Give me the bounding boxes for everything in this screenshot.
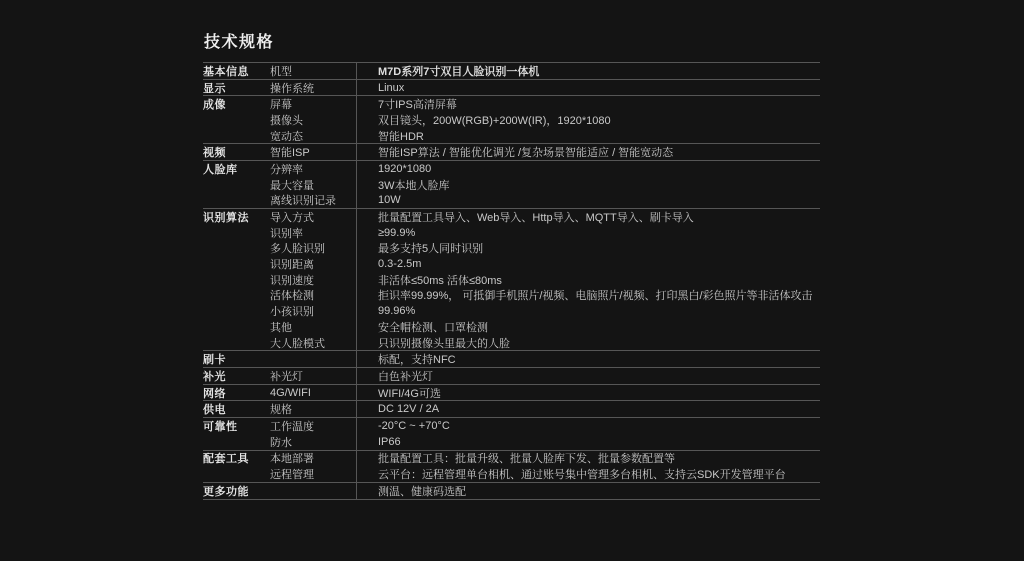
spec-section: 成像屏幕7寸IPS高清屏幕摄像头双目镜头，200W(RGB)+200W(IR)，… [203,95,820,143]
spec-section: 配套工具本地部署批量配置工具：批量升级、批量人脸库下发、批量参数配置等远程管理云… [203,450,820,482]
spec-value: 白色补光灯 [356,368,820,384]
spec-value: 7寸IPS高清屏幕 [356,96,820,112]
spec-section: 识别算法导入方式批量配置工具导入、Web导入、Http导入、MQTT导入、刷卡导… [203,208,820,350]
spec-category: 刷卡 [203,351,270,367]
spec-row: 小孩识别99.96% [203,303,820,319]
spec-category: 识别算法 [203,209,270,225]
spec-category: 供电 [203,401,270,417]
spec-category [203,225,270,241]
spec-category: 视频 [203,144,270,160]
spec-value: 双目镜头，200W(RGB)+200W(IR)，1920*1080 [356,112,820,128]
spec-row: 最大容量3W本地人脸库 [203,177,820,193]
spec-label: 识别速度 [270,272,356,288]
spec-value: IP66 [356,434,820,450]
spec-row: 补光补光灯白色补光灯 [203,368,820,384]
spec-value: 安全帽检测、口罩检测 [356,319,820,335]
spec-category: 基本信息 [203,63,270,79]
page-title: 技术规格 [204,33,820,53]
spec-label: 小孩识别 [270,303,356,319]
spec-label: 大人脸模式 [270,335,356,351]
spec-row: 刷卡标配，支持NFC [203,351,820,367]
spec-value: 0.3-2.5m [356,256,820,272]
spec-row: 可靠性工作温度-20°C ~ +70°C [203,418,820,434]
spec-category [203,319,270,335]
spec-category [203,177,270,193]
spec-row: 离线识别记录10W [203,193,820,209]
spec-category [203,335,270,351]
spec-section: 显示操作系统Linux [203,79,820,96]
spec-category: 补光 [203,368,270,384]
spec-label: 其他 [270,319,356,335]
spec-label: 操作系统 [270,80,356,96]
spec-label: 屏幕 [270,96,356,112]
spec-row: 其他安全帽检测、口罩检测 [203,319,820,335]
spec-row: 配套工具本地部署批量配置工具：批量升级、批量人脸库下发、批量参数配置等 [203,451,820,467]
spec-value: 10W [356,193,820,209]
spec-label: 规格 [270,401,356,417]
spec-category [203,288,270,304]
spec-label: 4G/WIFI [270,385,356,401]
spec-section: 视频智能ISP智能ISP算法 / 智能优化调光 /复杂场景智能适应 / 智能宽动… [203,143,820,160]
spec-value: 最多支持5人同时识别 [356,241,820,257]
spec-row: 成像屏幕7寸IPS高清屏幕 [203,96,820,112]
spec-label: 防水 [270,434,356,450]
spec-value: M7D系列7寸双目人脸识别一体机 [356,63,820,79]
spec-label: 最大容量 [270,177,356,193]
spec-section: 更多功能测温、健康码选配 [203,482,820,499]
spec-category [203,193,270,209]
spec-category: 可靠性 [203,418,270,434]
spec-label [270,483,356,499]
spec-row: 识别率≥99.9% [203,225,820,241]
spec-category [203,303,270,319]
spec-row: 人脸库分辨率1920*1080 [203,161,820,177]
spec-section: 供电规格DC 12V / 2A [203,400,820,417]
spec-value: 3W本地人脸库 [356,177,820,193]
spec-value: 智能HDR [356,128,820,144]
spec-label: 补光灯 [270,368,356,384]
spec-label: 宽动态 [270,128,356,144]
spec-value: WIFI/4G可选 [356,385,820,401]
spec-section: 基本信息机型M7D系列7寸双目人脸识别一体机 [203,62,820,79]
spec-value: 测温、健康码选配 [356,483,820,499]
spec-table: 基本信息机型M7D系列7寸双目人脸识别一体机显示操作系统Linux成像屏幕7寸I… [203,62,820,500]
spec-category [203,241,270,257]
spec-value: -20°C ~ +70°C [356,418,820,434]
spec-row: 识别算法导入方式批量配置工具导入、Web导入、Http导入、MQTT导入、刷卡导… [203,209,820,225]
spec-label [270,351,356,367]
spec-row: 宽动态智能HDR [203,128,820,144]
spec-row: 大人脸模式只识别摄像头里最大的人脸 [203,335,820,351]
spec-category [203,466,270,482]
spec-row: 基本信息机型M7D系列7寸双目人脸识别一体机 [203,63,820,79]
spec-value: 只识别摄像头里最大的人脸 [356,335,820,351]
spec-category: 配套工具 [203,451,270,467]
spec-value: 99.96% [356,303,820,319]
spec-row: 远程管理云平台：远程管理单台相机、通过账号集中管理多台相机、支持云SDK开发管理… [203,466,820,482]
spec-section: 网络4G/WIFIWIFI/4G可选 [203,384,820,401]
spec-category: 成像 [203,96,270,112]
spec-category: 显示 [203,80,270,96]
spec-category [203,272,270,288]
spec-row: 识别距离0.3-2.5m [203,256,820,272]
spec-row: 活体检测拒识率99.99%， 可抵御手机照片/视频、电脑照片/视频、打印黑白/彩… [203,288,820,304]
spec-label: 工作温度 [270,418,356,434]
spec-section: 补光补光灯白色补光灯 [203,367,820,384]
spec-category [203,128,270,144]
spec-row: 供电规格DC 12V / 2A [203,401,820,417]
spec-category [203,256,270,272]
spec-label: 本地部署 [270,451,356,467]
spec-category [203,112,270,128]
spec-category: 网络 [203,385,270,401]
spec-value: 智能ISP算法 / 智能优化调光 /复杂场景智能适应 / 智能宽动态 [356,144,820,160]
spec-category: 更多功能 [203,483,270,499]
spec-label: 活体检测 [270,288,356,304]
spec-section: 刷卡标配，支持NFC [203,350,820,367]
spec-row: 多人脸识别最多支持5人同时识别 [203,241,820,257]
spec-section: 人脸库分辨率1920*1080最大容量3W本地人脸库离线识别记录10W [203,160,820,208]
spec-row: 网络4G/WIFIWIFI/4G可选 [203,385,820,401]
spec-label: 导入方式 [270,209,356,225]
spec-row: 防水IP66 [203,434,820,450]
spec-row: 视频智能ISP智能ISP算法 / 智能优化调光 /复杂场景智能适应 / 智能宽动… [203,144,820,160]
spec-value: Linux [356,80,820,96]
spec-row: 更多功能测温、健康码选配 [203,483,820,499]
spec-sheet-page: 技术规格 基本信息机型M7D系列7寸双目人脸识别一体机显示操作系统Linux成像… [0,0,1024,561]
spec-value: 拒识率99.99%， 可抵御手机照片/视频、电脑照片/视频、打印黑白/彩色照片等… [356,288,820,304]
spec-label: 多人脸识别 [270,241,356,257]
spec-row: 摄像头双目镜头，200W(RGB)+200W(IR)，1920*1080 [203,112,820,128]
spec-value: ≥99.9% [356,225,820,241]
spec-category: 人脸库 [203,161,270,177]
spec-value: 非活体≤50ms 活体≤80ms [356,272,820,288]
spec-label: 远程管理 [270,466,356,482]
spec-label: 机型 [270,63,356,79]
spec-section: 可靠性工作温度-20°C ~ +70°C防水IP66 [203,417,820,449]
spec-label: 摄像头 [270,112,356,128]
spec-label: 识别率 [270,225,356,241]
spec-value: 1920*1080 [356,161,820,177]
spec-content: 技术规格 基本信息机型M7D系列7寸双目人脸识别一体机显示操作系统Linux成像… [203,33,820,500]
spec-value: 批量配置工具：批量升级、批量人脸库下发、批量参数配置等 [356,451,820,467]
spec-value: 标配，支持NFC [356,351,820,367]
spec-value: 批量配置工具导入、Web导入、Http导入、MQTT导入、刷卡导入 [356,209,820,225]
spec-label: 分辨率 [270,161,356,177]
spec-value: DC 12V / 2A [356,401,820,417]
spec-label: 识别距离 [270,256,356,272]
spec-row: 识别速度非活体≤50ms 活体≤80ms [203,272,820,288]
spec-label: 离线识别记录 [270,193,356,209]
spec-label: 智能ISP [270,144,356,160]
spec-category [203,434,270,450]
spec-value: 云平台：远程管理单台相机、通过账号集中管理多台相机、支持云SDK开发管理平台 [356,466,820,482]
spec-row: 显示操作系统Linux [203,80,820,96]
